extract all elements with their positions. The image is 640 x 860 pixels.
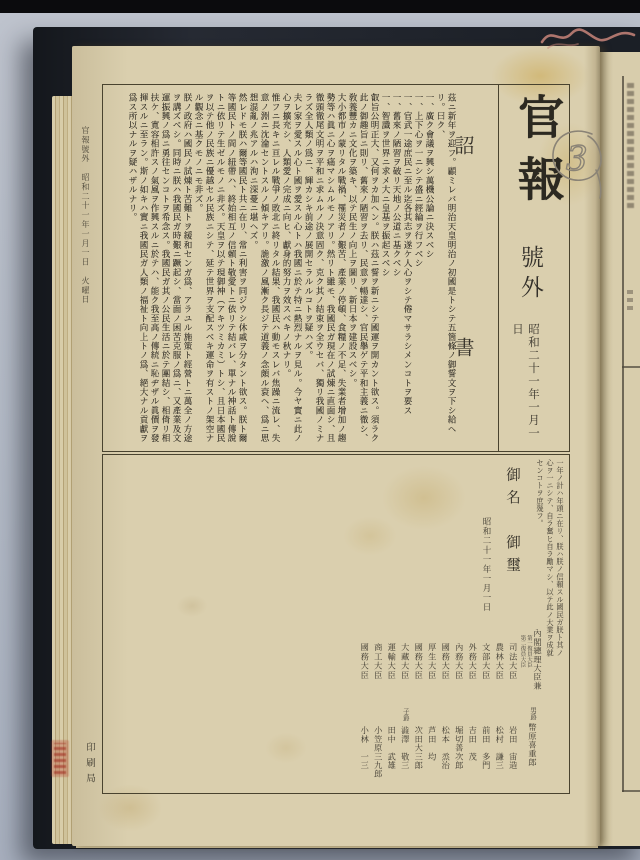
adjacent-page-rule [622, 790, 640, 792]
minister-entry: 國務大臣 小林 一三 [358, 629, 372, 793]
rescript-paragraph: 一、廣ク會議ヲ興シ萬機公論ニ決スベシ [424, 93, 435, 445]
minister-name: 吉田 茂 [467, 726, 478, 761]
minister-name: 芦田 均 [427, 726, 438, 761]
red-pencil-scribble [538, 20, 638, 54]
minister-entry: 外務大臣 吉田 茂 [466, 629, 480, 793]
adjacent-page-rule [622, 366, 640, 368]
red-seal-stamp [51, 740, 69, 777]
minister-name: 小林 一三 [359, 726, 370, 770]
printer-label: 印刷局 [82, 742, 96, 789]
minister-title: 內閣總理大臣兼 [532, 629, 543, 690]
rescript-body: 茲ニ新年ヲ迎フ。顧ミレバ明治天皇明治ノ初國是トシテ五箇條ノ御誓文ヲ下シ給ヘリ。曰… [109, 93, 457, 445]
minister-title: 內務大臣 [454, 643, 465, 680]
minister-entry: 大藏大臣 子爵 澁澤 敬三 [399, 629, 413, 793]
minister-name: 岩田 宙造 [508, 726, 519, 770]
minister-title: 商工大臣 [373, 643, 384, 680]
minister-title: 文部大臣 [481, 643, 492, 680]
minister-entry: 農林大臣 松村 謙三 [493, 629, 507, 793]
minister-name: 幣原喜重郎 [527, 723, 538, 767]
rescript-paragraph: 一、上下心ヲ一ニシテ盛ニ經綸ヲ行フベシ [413, 93, 424, 445]
masthead-edition: 號外 [514, 245, 547, 305]
minister-title: 大藏大臣 [400, 643, 411, 680]
minister-title: 國務大臣 [359, 643, 370, 680]
minister-name: 田中 武雄 [386, 726, 397, 770]
minister-subtitle: 第一復員大臣 [527, 635, 534, 667]
minister-title: 外務大臣 [467, 643, 478, 680]
rescript-paragraph: 叡旨公明正大、又何ヲカ加ヘン。朕ハ茲ニ誓ヲ新ニシテ國運ヲ開カント欲ス。須ラク此ノ… [347, 93, 380, 445]
rescript-paragraph: 惟フニ長キニ亘レル戰爭ノ敗北ニ終リタル結果、我國民ハ動モスレバ焦躁ニ流レ、失意ノ… [248, 93, 281, 445]
photo-background: 官報號外 昭和二十一年一月一日 火曜日 官報 號外 昭和二十一年一月一日 詔 書… [0, 0, 640, 860]
minister-subtitles: 第一復員大臣 第二復員大臣 [520, 635, 533, 667]
minister-entry: 厚生大臣 芦田 均 [426, 629, 440, 793]
closing-paragraph: 一年ノ計ハ年頭ニ在リ、朕ハ朕ノ信賴スル國民ガ朕ト其ノ心ヲ一ニシテ、自ラ奮ヒ自ラ勵… [535, 459, 565, 657]
minister-name: 澁澤 敬三 [400, 726, 411, 770]
minister-name: 前田 多門 [481, 726, 492, 770]
handwritten-page-number: 3 [546, 126, 610, 200]
minister-entry: 國務大臣 松本 烝治 [439, 629, 453, 793]
adjacent-page-faint-text [627, 80, 634, 208]
imperial-name-and-seal: 御名 御璽 [502, 467, 523, 580]
adjacent-page-faint-text [627, 288, 633, 310]
rescript-frame: 官報 號外 昭和二十一年一月一日 詔 書 茲ニ新年ヲ迎フ。顧ミレバ明治天皇明治ノ… [102, 84, 570, 452]
ministers-list: 內閣總理大臣兼 第一復員大臣 第二復員大臣 男爵 幣原喜重郎 司法大臣 岩田 宙… [358, 629, 545, 793]
minister-honorific: 子爵 [401, 708, 410, 721]
minister-title: 農林大臣 [494, 643, 505, 680]
minister-entry: 內閣總理大臣兼 第一復員大臣 第二復員大臣 男爵 幣原喜重郎 [520, 629, 545, 793]
masthead-date: 昭和二十一年一月一日 [509, 323, 541, 451]
minister-entry: 內務大臣 堀切善次郎 [453, 629, 467, 793]
rescript-paragraph: 一、官武一途庶民ニ至ル迄各其志ヲ遂ケ人心ヲシテ倦マサラシメンコトヲ要ス [402, 93, 413, 445]
minister-title: 司法大臣 [508, 643, 519, 680]
rescript-paragraph: 然レドモ朕ハ爾等國民ト共ニ在リ、常ニ利害ヲ同ジウシ休戚ヲ分タント欲ス。朕ト爾等國… [193, 93, 248, 445]
minister-name: 次田大三郎 [413, 726, 424, 770]
adjacent-page-border [622, 76, 624, 792]
minister-name: 堀切善次郎 [454, 726, 465, 770]
rescript-paragraph: 一、舊來ノ陋習ヲ破リ天地ノ公道ニ基クベシ [391, 93, 402, 445]
minister-name: 松村 謙三 [494, 726, 505, 770]
signature-frame: 一年ノ計ハ年頭ニ在リ、朕ハ朕ノ信賴スル國民ガ朕ト其ノ心ヲ一ニシテ、自ラ奮ヒ自ラ勵… [102, 454, 570, 794]
minister-entry: 運輸大臣 田中 武雄 [385, 629, 399, 793]
gazette-page: 官報號外 昭和二十一年一月一日 火曜日 官報 號外 昭和二十一年一月一日 詔 書… [72, 46, 600, 846]
minister-title: 厚生大臣 [427, 643, 438, 680]
handwritten-digit: 3 [566, 139, 588, 179]
minister-title: 運輸大臣 [386, 643, 397, 680]
minister-honorific: 男爵 [528, 707, 537, 720]
running-head: 官報號外 昭和二十一年一月一日 火曜日 [80, 126, 91, 305]
minister-title: 國務大臣 [413, 643, 424, 680]
minister-name: 松本 烝治 [440, 726, 451, 770]
rescript-paragraph: 大小都市ノ蒙リタル戰禍、罹災者ノ艱苦、產業ノ停頓、食糧ノ不足、失業者增加ノ趨勢等… [303, 93, 347, 445]
minister-entry: 司法大臣 岩田 宙造 [507, 629, 521, 793]
rescript-paragraph: 茲ニ新年ヲ迎フ。顧ミレバ明治天皇明治ノ初國是トシテ五箇條ノ御誓文ヲ下シ給ヘリ。曰… [435, 93, 457, 445]
minister-entry: 文部大臣 前田 多門 [480, 629, 494, 793]
rescript-date: 昭和二十一年一月一日 [481, 517, 493, 612]
rescript-paragraph: 一、智識ヲ世界ニ求メ大ニ皇基ヲ振起スベシ [380, 93, 391, 445]
rescript-paragraph: 夫レ家ヲ愛スル心ト國ヲ愛スル心トハ我國ニ於テ特ニ熱烈ナルヲ見ル。今ヤ實ニ此ノ心ヲ… [281, 93, 303, 445]
minister-title: 國務大臣 [440, 643, 451, 680]
rescript-paragraph: 朕ノ政府ハ國民ノ試煉ト苦難トヲ緩和センガ爲、アラユル施策ト經營トニ萬全ノ方途ヲ講… [127, 93, 193, 445]
minister-name: 小笠原三九郎 [373, 726, 384, 778]
minister-entry: 國務大臣 次田大三郎 [412, 629, 426, 793]
minister-entry: 商工大臣 小笠原三九郎 [372, 629, 386, 793]
